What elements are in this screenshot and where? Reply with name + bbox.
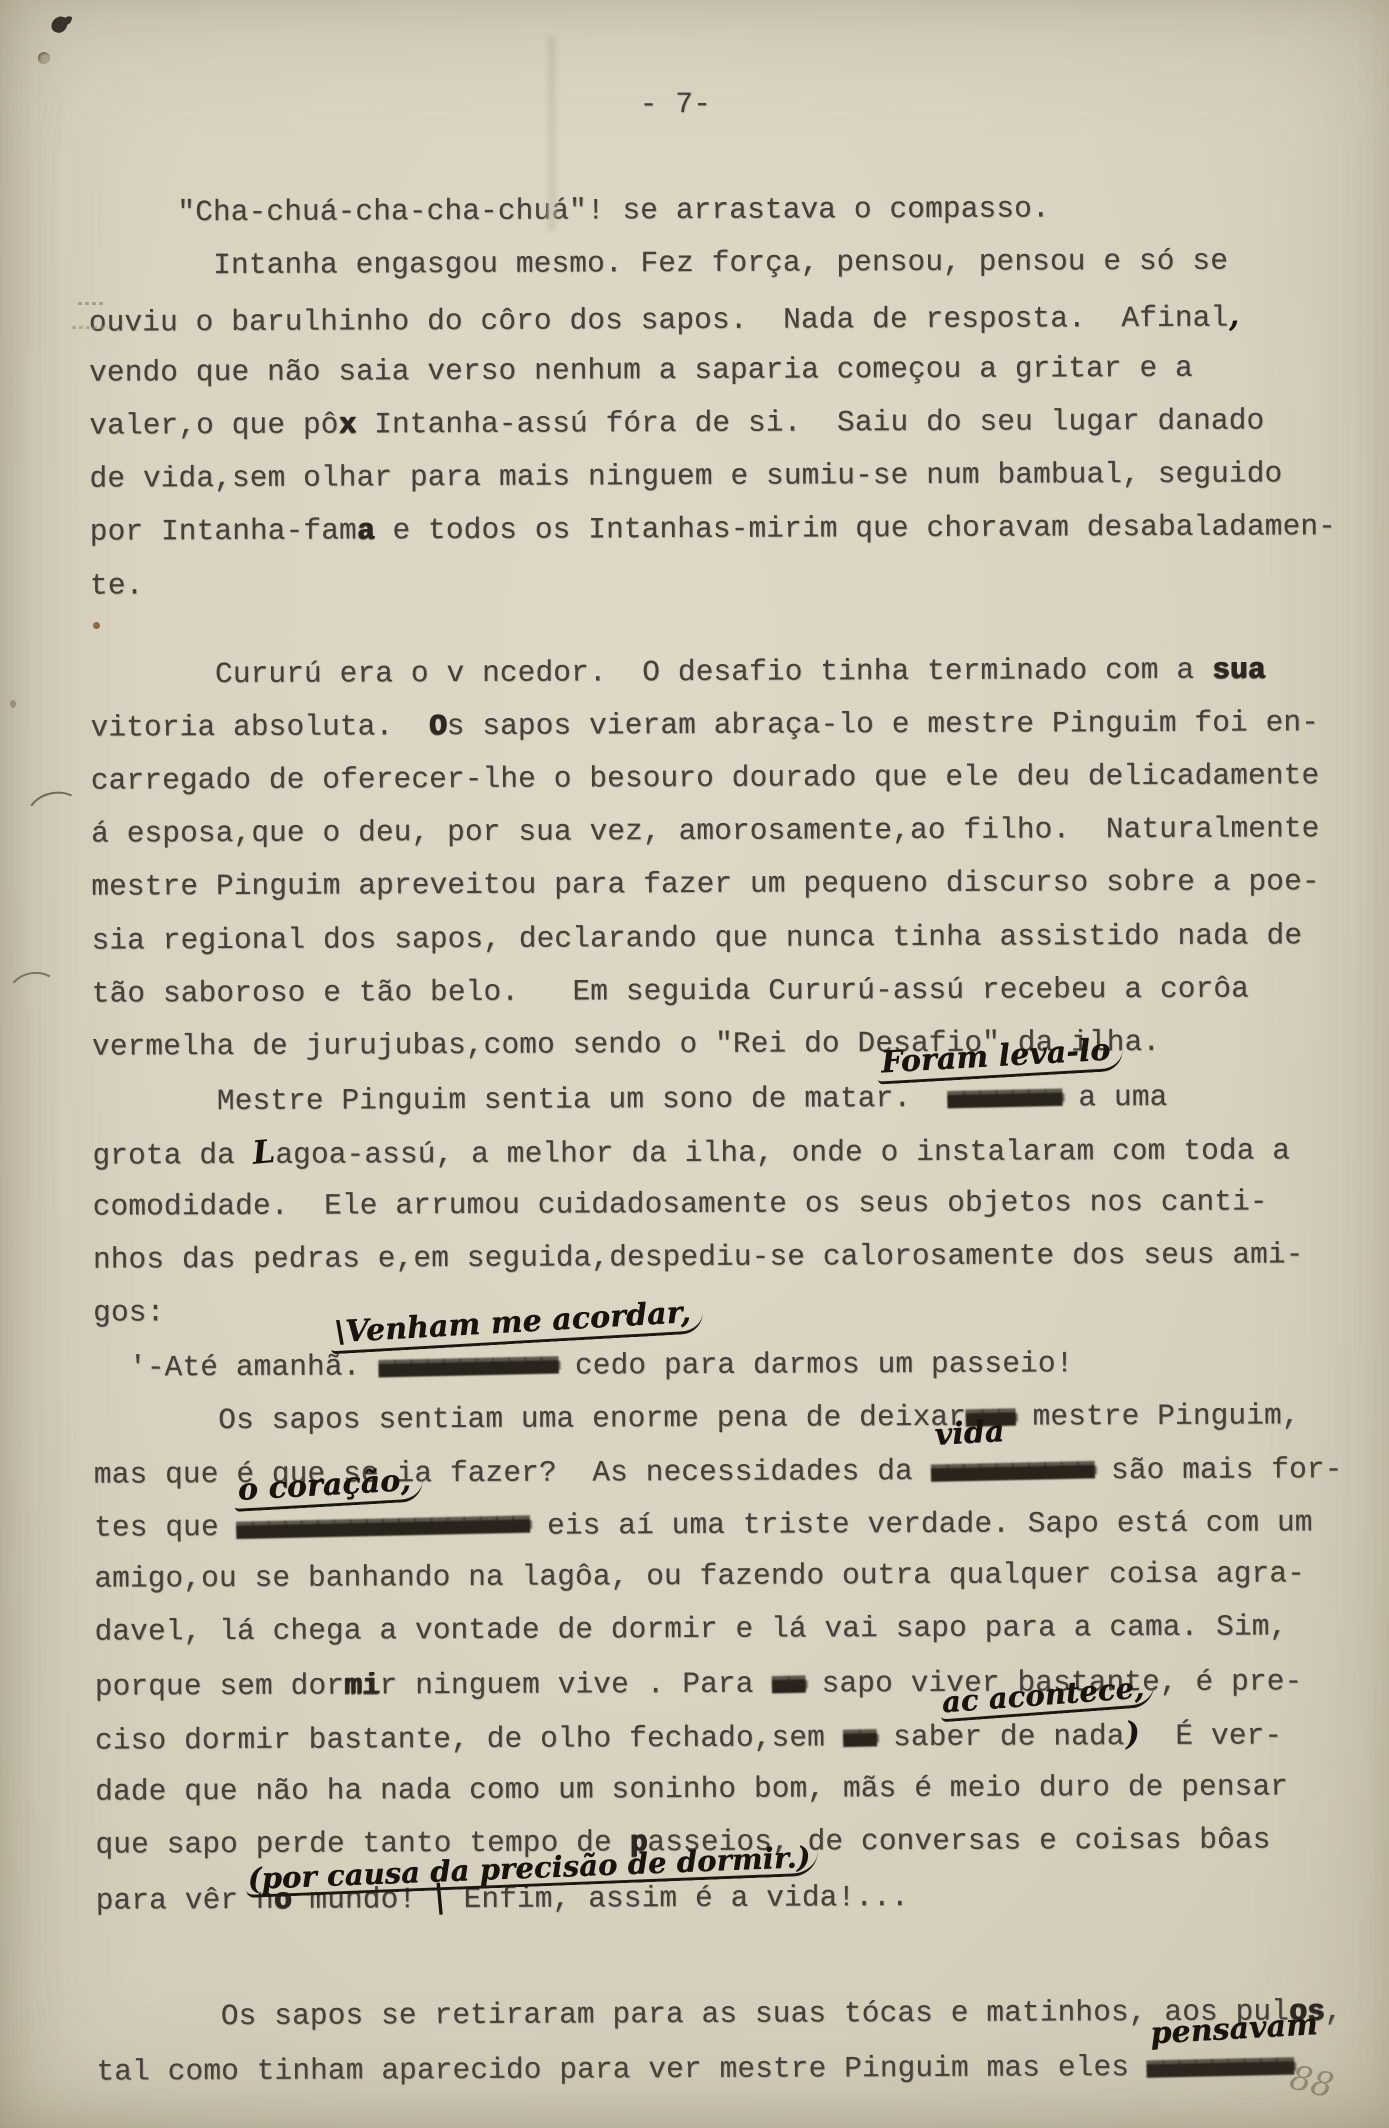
text-line: por Intanha-fama e todos os Intanhas-mir… — [90, 500, 1387, 559]
typed-text: Intanha engasgou mesmo. Fez força, penso… — [89, 244, 1229, 283]
text-line: vitoria absoluta. Os sapos vieram abraça… — [90, 696, 1387, 755]
text-line: te. — [90, 553, 1387, 612]
overstrike-text: x — [338, 407, 356, 441]
text-line: valer,o que pôx Intanha-assú fóra de si.… — [89, 394, 1386, 453]
typed-text: tão saboroso e tão belo. Em seguida Curu… — [92, 971, 1249, 1010]
text-line: nhos das pedras e,em seguida,despediu-se… — [93, 1228, 1389, 1287]
typed-text: e todos os Intanhas-mirim que choravam d… — [375, 510, 1336, 548]
typed-text: s sapos vieram abraça-lo e mestre Pingui… — [447, 705, 1319, 743]
text-line: sia regional dos sapos, declarando que n… — [91, 909, 1388, 968]
paragraph-retirada: Os sapos se retiraram para as suas tócas… — [96, 1985, 1389, 2097]
text-line: (por causa da precisão de dormir.)para v… — [96, 1866, 1389, 1925]
handwritten-correction: ) — [1122, 1707, 1142, 1761]
paper-background: - 7- "Cha-chuá-cha-cha-chuá"! se arrasta… — [0, 0, 1389, 2128]
text-line: mestre Pinguim apreveitou para fazer um … — [91, 855, 1388, 914]
typed-text: carregado de oferecer-lhe o besouro dour… — [91, 758, 1320, 797]
text-line: Os sapos sentiam uma enorme pena de deix… — [94, 1387, 1389, 1446]
text-line: Cururú era o v ncedor. O desafio tinha t… — [90, 643, 1387, 702]
overstrike-text: O — [429, 709, 447, 743]
typed-text: É ver- — [1140, 1719, 1283, 1754]
typed-text: comodidade. Ele arrumou cuidadosamente o… — [93, 1184, 1268, 1223]
typed-text: Cururú era o v ncedor. O desafio tinha t… — [90, 652, 1212, 691]
typed-text: valer,o que pô — [89, 407, 338, 442]
scribbled-out-text: ▬▬ — [842, 1709, 876, 1763]
typed-text: grota da — [92, 1138, 252, 1173]
text-line: tão saboroso e tão belo. Em seguida Curu… — [92, 962, 1389, 1021]
text-line: vendo que não saia verso nenhum a sapari… — [89, 341, 1386, 400]
text-line: comodidade. Ele arrumou cuidadosamente o… — [93, 1175, 1389, 1234]
typed-text: saber de nada — [875, 1720, 1124, 1755]
typed-text: tes que — [94, 1510, 237, 1545]
text-line: tes que o coração,▬▬▬▬▬▬▬▬▬▬▬▬▬▬▬▬▬▬ eis… — [94, 1494, 1389, 1553]
typed-text: mestre Pinguim apreveitou para fazer um … — [91, 865, 1320, 904]
text-line: porque sem dormir ninguem vive . Para ▬▬… — [95, 1653, 1389, 1712]
typed-text: Os sapos se retiraram para as suas tócas… — [96, 1995, 1289, 2034]
typed-text: amigo,ou se banhando na lagôa, ou fazend… — [94, 1556, 1305, 1595]
typed-text: davel, lá chega a vontade de dormir e lá… — [94, 1609, 1287, 1648]
typed-text: ouviu o barulhinho do côro dos sapos. Na… — [89, 300, 1229, 339]
text-line: ouviu o barulhinho do côro dos sapos. Na… — [89, 288, 1386, 347]
scribbled-out-text: ▬▬▬▬▬▬▬ — [946, 1069, 1061, 1125]
text-line: '-Até amanhã. \Venham me acordar,▬▬▬▬▬▬▬… — [93, 1334, 1389, 1393]
text-line: Intanha engasgou mesmo. Fez força, penso… — [88, 234, 1385, 293]
text-line: davel, lá chega a vontade de dormir e lá… — [94, 1600, 1389, 1659]
typed-text: tal como tinham aparecido para ver mestr… — [96, 2050, 1147, 2089]
paragraph-page-number-line: - 7- — [88, 75, 1385, 134]
paragraph-mestre: Mestre Pinguim sentia um sono de matar. … — [92, 1068, 1389, 1340]
text-line: - 7- — [88, 75, 1385, 134]
typed-text: Intanha-assú fóra de si. Saiu do seu lug… — [356, 403, 1264, 441]
text-line: Mestre Pinguim sentia um sono de matar. … — [92, 1068, 1389, 1127]
handwritten-correction: L — [250, 1125, 277, 1180]
typed-text: por Intanha-fam — [90, 514, 357, 549]
typed-text: cedo para darmos um passeio! — [557, 1346, 1073, 1382]
text-line: tal como tinham aparecido para ver mestr… — [96, 2038, 1389, 2097]
typed-text: vitoria absoluta. — [91, 709, 429, 744]
typewritten-text: - 7- "Cha-chuá-cha-cha-chuá"! se arrasta… — [0, 0, 1389, 2098]
typed-text: - 7- — [88, 87, 711, 124]
typed-text: gos: — [93, 1295, 164, 1329]
text-line: ciso dormir bastante, de olho fechado,se… — [95, 1706, 1389, 1765]
overstrike-text: mi — [344, 1669, 380, 1703]
scribbled-out-text: ▬▬▬▬▬▬▬▬▬▬▬ — [378, 1336, 558, 1393]
text-line: dade que não ha nada como um soninho bom… — [95, 1760, 1389, 1819]
scribbled-out-text: ▬▬▬▬▬▬▬▬▬▬ — [930, 1440, 1094, 1497]
text-line: á esposa,que o deu, por sua vez, amorosa… — [91, 802, 1388, 861]
paragraph-sapos-pena: Os sapos sentiam uma enorme pena de deix… — [94, 1387, 1389, 1925]
typed-text: vendo que não saia verso nenhum a sapari… — [89, 351, 1193, 390]
typed-text: são mais for- — [1093, 1452, 1342, 1487]
typed-text: te. — [90, 568, 144, 602]
overstrike-text: a — [357, 514, 375, 548]
typed-text: , — [1325, 1994, 1343, 2028]
scribbled-out-text: ▬▬▬▬▬▬▬▬▬ — [1146, 2038, 1293, 2094]
typed-text: r ninguem vive . Para — [380, 1667, 772, 1703]
paragraph-intanha: Intanha engasgou mesmo. Fez força, penso… — [88, 234, 1387, 612]
typed-text: '-Até amanhã. — [93, 1350, 378, 1385]
typed-text: ciso dormir bastante, de olho fechado,se… — [95, 1721, 843, 1758]
typed-text: á esposa,que o deu, por sua vez, amorosa… — [91, 812, 1320, 851]
paragraph-chorus: "Cha-chuá-cha-cha-chuá"! se arrastava o … — [88, 181, 1385, 240]
typed-text: de vida,sem olhar para mais ninguem e su… — [89, 457, 1282, 496]
scanned-typescript-page: { "annotations": { "corner_number": "88"… — [0, 0, 1389, 2128]
typed-text: eis aí uma triste verdade. Sapo está com… — [529, 1505, 1312, 1542]
typed-text: mestre Pinguim, — [1015, 1399, 1300, 1434]
text-line: grota da Lagoa-assú, a melhor da ilha, o… — [92, 1121, 1389, 1180]
typed-text: a uma — [1061, 1080, 1168, 1114]
typed-text: sia regional dos sapos, declarando que n… — [91, 918, 1302, 957]
typed-text: agoa-assú, a melhor da ilha, onde o inst… — [275, 1134, 1290, 1172]
typed-text: dade que não ha nada como um soninho bom… — [95, 1769, 1288, 1808]
typed-text: porque sem dor — [95, 1669, 344, 1704]
scribbled-out-text: ▬▬▬▬▬▬▬▬▬▬▬▬▬▬▬▬▬▬ — [236, 1495, 530, 1555]
typed-text: mas que é que se ia fazer? As necessidad… — [94, 1453, 931, 1491]
typed-text: Mestre Pinguim sentia um sono de matar. — [92, 1081, 947, 1119]
text-line: "Cha-chuá-cha-cha-chuá"! se arrastava o … — [88, 181, 1385, 240]
scribbled-out-text: ▬▬ — [771, 1656, 805, 1710]
overstrike-text: sua — [1212, 652, 1266, 686]
text-line: de vida,sem olhar para mais ninguem e su… — [89, 447, 1386, 506]
typed-text: "Cha-chuá-cha-cha-chuá"! se arrastava o … — [88, 192, 1049, 230]
text-line: amigo,ou se banhando na lagôa, ou fazend… — [94, 1547, 1389, 1606]
typed-text: Os sapos sentiam uma enorme pena de deix… — [94, 1400, 966, 1438]
typed-text: nhos das pedras e,em seguida,despediu-se… — [93, 1237, 1304, 1276]
text-line: gos: — [93, 1281, 1389, 1340]
text-line: vermelha de jurujubas,como sendo o "Rei … — [92, 1015, 1389, 1074]
paragraph-dialogue: '-Até amanhã. \Venham me acordar,▬▬▬▬▬▬▬… — [93, 1334, 1389, 1393]
text-line: carregado de oferecer-lhe o besouro dour… — [91, 749, 1388, 808]
paragraph-cururu: Cururú era o v ncedor. O desafio tinha t… — [90, 643, 1389, 1074]
